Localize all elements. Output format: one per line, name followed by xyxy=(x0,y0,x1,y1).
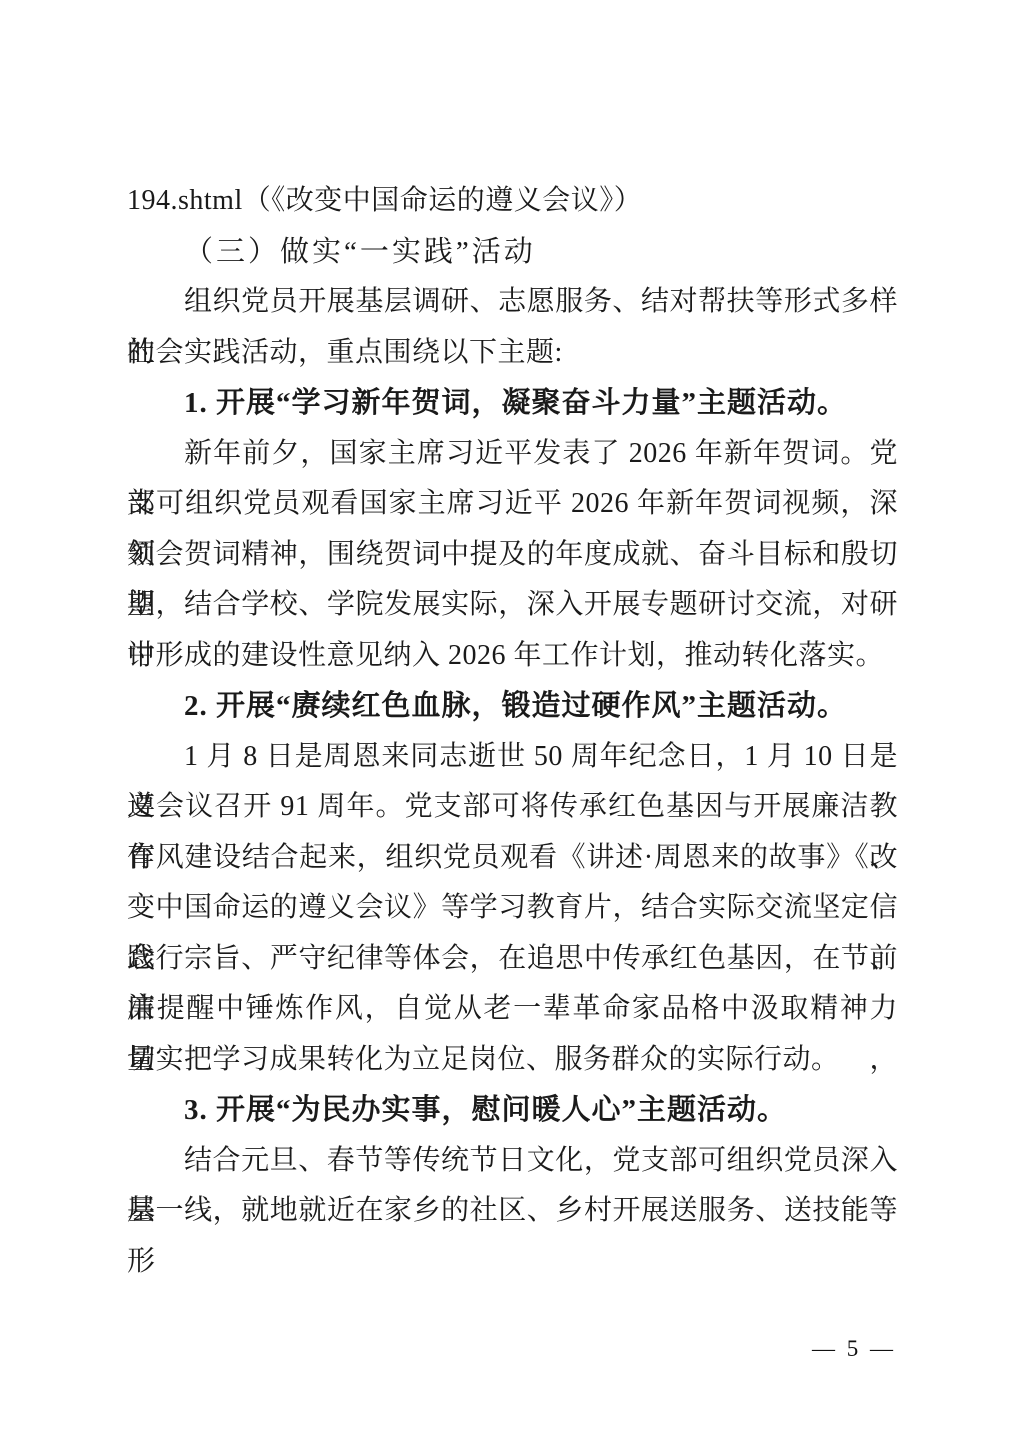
paragraph-line: 践行宗旨、严守纪律等体会，在追思中传承红色基因，在节前廉 xyxy=(127,934,898,985)
paragraph-line: 作风建设结合起来，组织党员观看《讲述·周恩来的故事》《改 xyxy=(127,833,898,884)
section-heading: （三）做实“一实践”活动 xyxy=(127,227,898,278)
paragraph-line: 切实把学习成果转化为立足岗位、服务群众的实际行动。 xyxy=(127,1035,898,1086)
paragraph-line: 1 月 8 日是周恩来同志逝世 50 周年纪念日，1 月 10 日是遵 xyxy=(127,732,898,783)
paragraph-line: 组织党员开展基层调研、志愿服务、结对帮扶等形式多样的 xyxy=(127,277,898,328)
paragraph-line: 结合元旦、春节等传统节日文化，党支部可组织党员深入基 xyxy=(127,1136,898,1187)
paragraph-line: 194.shtml（《改变中国命运的遵义会议》） xyxy=(127,176,898,227)
page-number: — 5 — xyxy=(812,1336,896,1362)
paragraph-line: 变中国命运的遵义会议》等学习教育片，结合实际交流坚定信念、 xyxy=(127,883,898,934)
paragraph-line: 中形成的建设性意见纳入 2026 年工作计划，推动转化落实。 xyxy=(127,631,898,682)
paragraph-line: 望，结合学校、学院发展实际，深入开展专题研讨交流，对研讨 xyxy=(127,580,898,631)
paragraph-line: 领会贺词精神，围绕贺词中提及的年度成就、奋斗目标和殷切期 xyxy=(127,530,898,581)
document-body: 194.shtml（《改变中国命运的遵义会议》） （三）做实“一实践”活动 组织… xyxy=(127,176,898,1237)
paragraph-line: 新年前夕，国家主席习近平发表了 2026 年新年贺词。党支 xyxy=(127,429,898,480)
paragraph-line: 层一线，就地就近在家乡的社区、乡村开展送服务、送技能等形 xyxy=(127,1186,898,1237)
document-page: 194.shtml（《改变中国命运的遵义会议》） （三）做实“一实践”活动 组织… xyxy=(0,0,1024,1448)
paragraph-line: 社会实践活动，重点围绕以下主题: xyxy=(127,328,898,379)
paragraph-line: 义会议召开 91 周年。党支部可将传承红色基因与开展廉洁教育、 xyxy=(127,782,898,833)
topic-heading-1: 1. 开展“学习新年贺词，凝聚奋斗力量”主题活动。 xyxy=(127,378,898,429)
paragraph-line: 部可组织党员观看国家主席习近平 2026 年新年贺词视频，深刻 xyxy=(127,479,898,530)
topic-heading-2: 2. 开展“赓续红色血脉，锻造过硬作风”主题活动。 xyxy=(127,681,898,732)
topic-heading-3: 3. 开展“为民办实事，慰问暖人心”主题活动。 xyxy=(127,1085,898,1136)
paragraph-line: 洁提醒中锤炼作风，自觉从老一辈革命家品格中汲取精神力量， xyxy=(127,984,898,1035)
